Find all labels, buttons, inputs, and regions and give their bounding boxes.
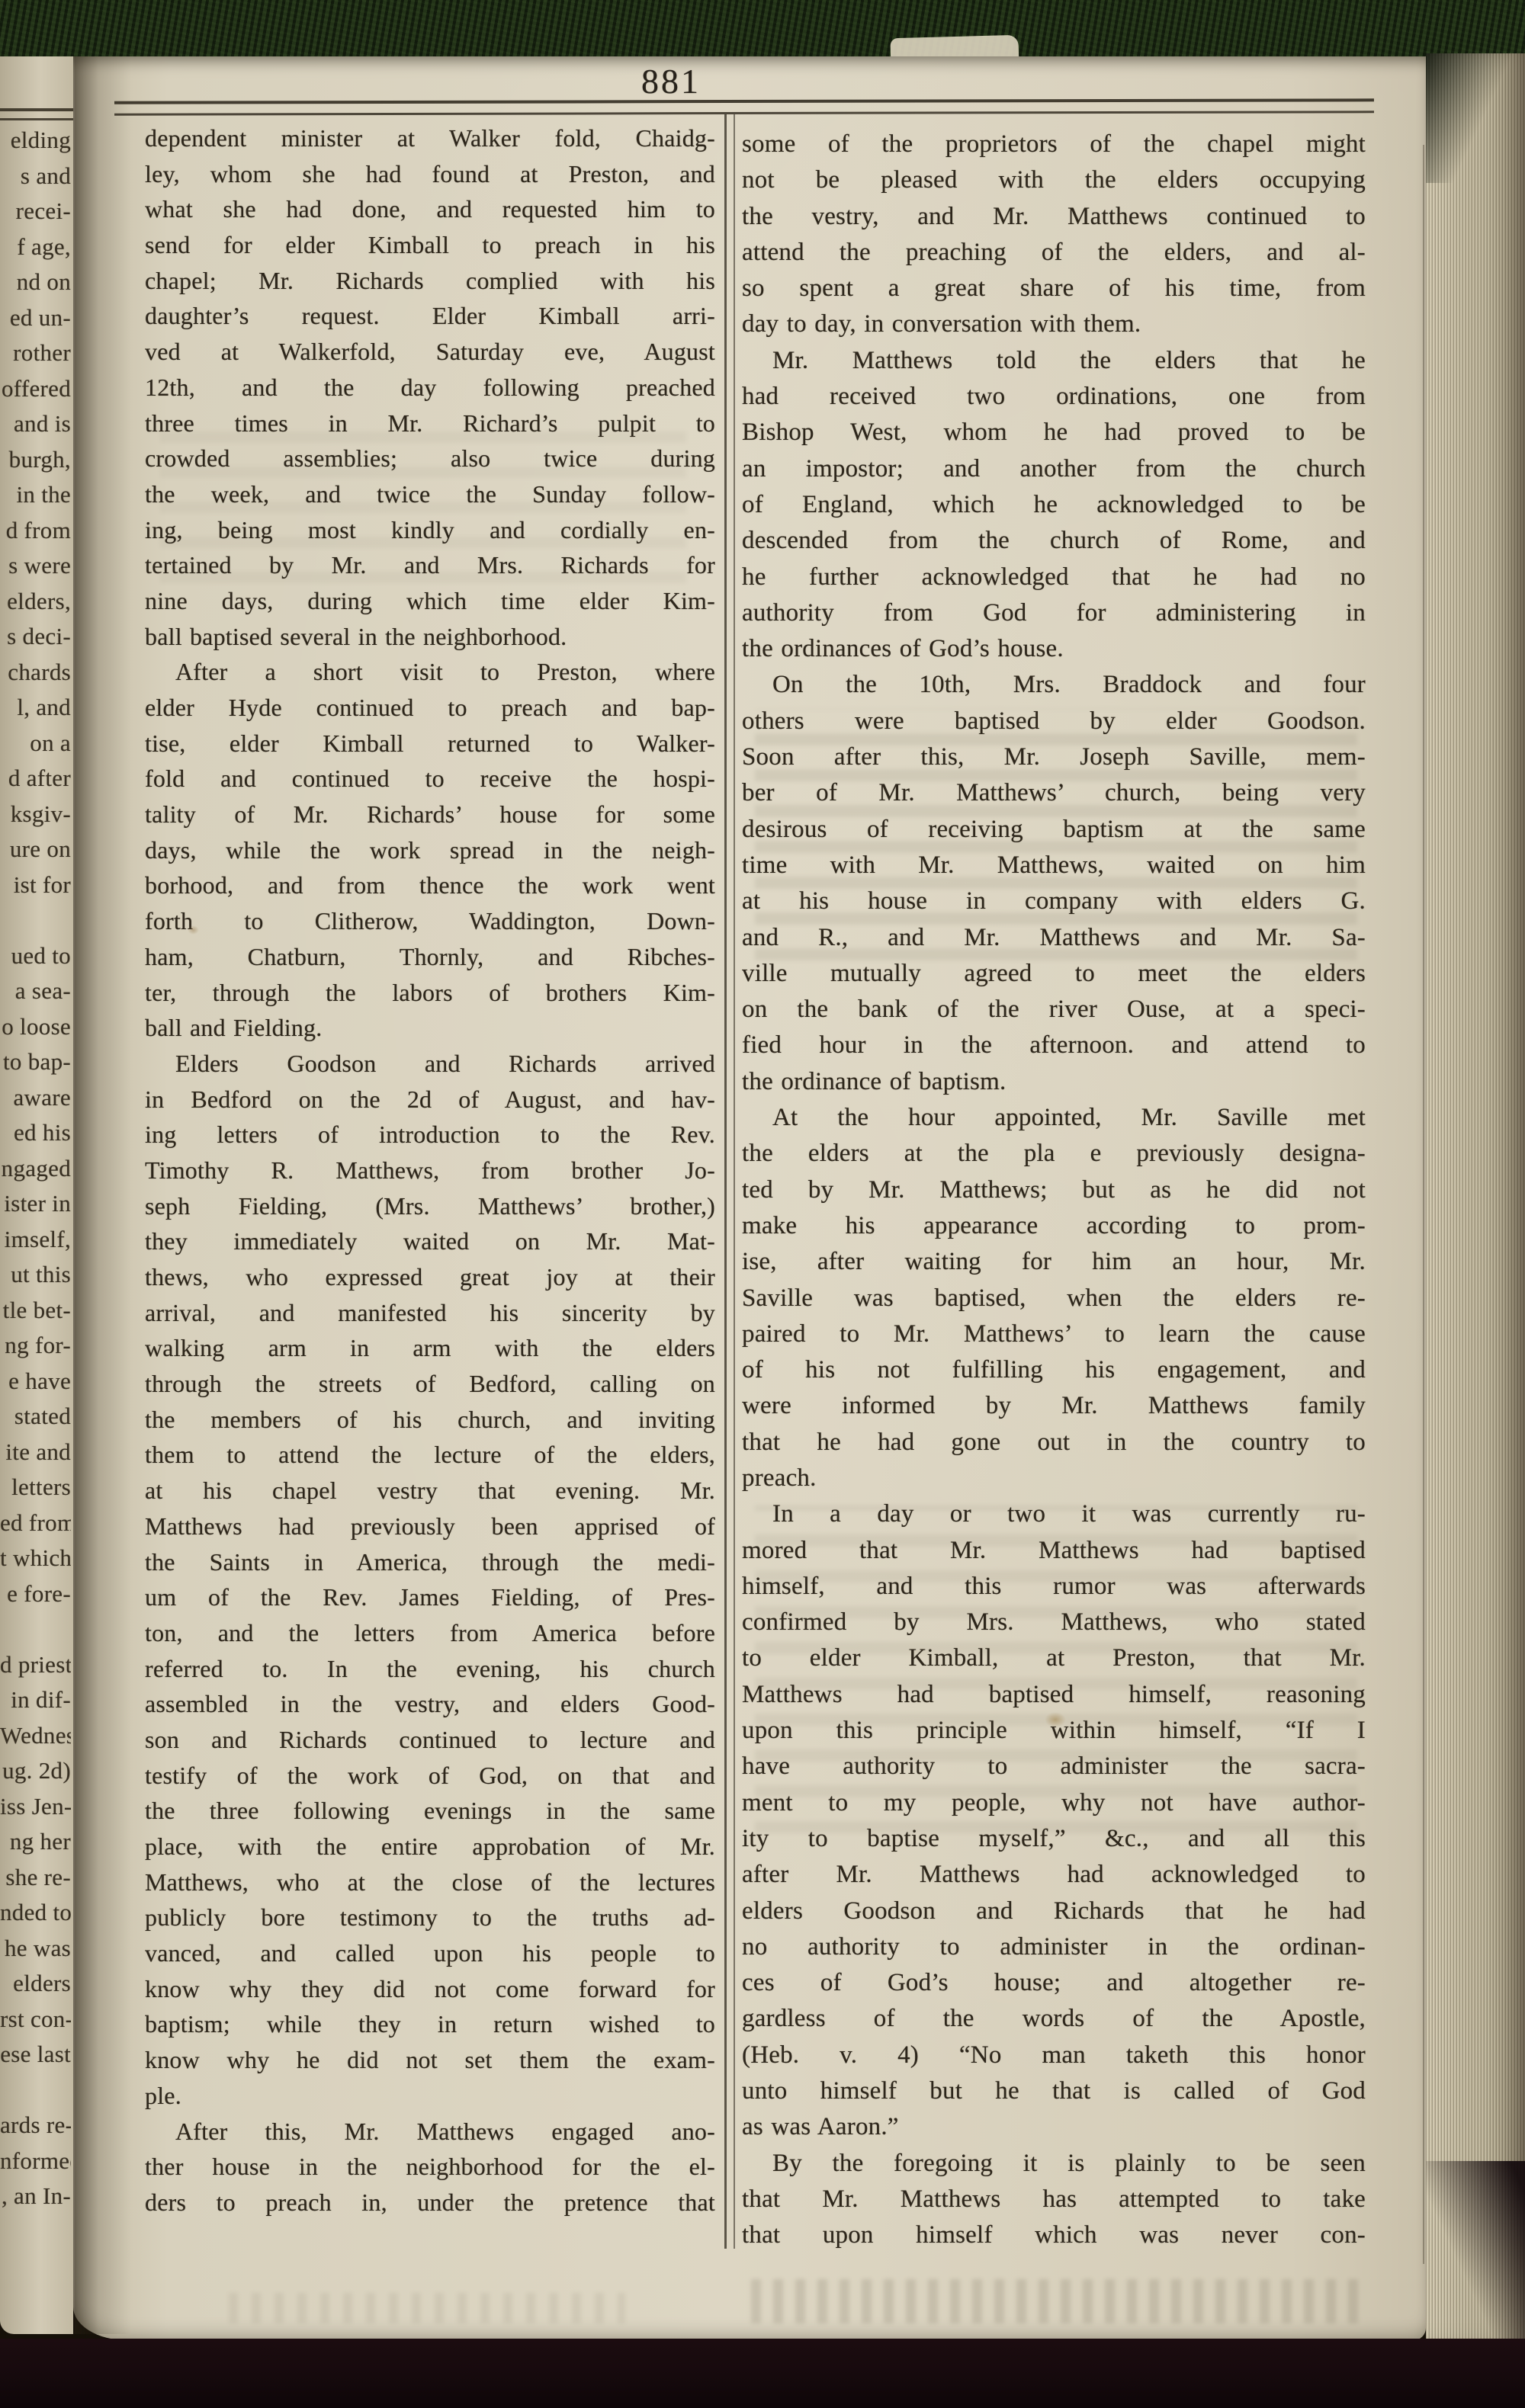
left-page-fragment: a sea- xyxy=(0,973,71,1009)
text-line: (Heb. v. 4) “No man taketh this honor xyxy=(742,2038,1366,2073)
left-page-fragment: ed his xyxy=(0,1115,71,1151)
text-line: Elders Goodson and Richards arrived xyxy=(145,1046,715,1082)
text-line: of England, which he acknowledged to be xyxy=(742,487,1366,523)
text-line: Timothy R. Matthews, from brother Jo- xyxy=(145,1153,715,1188)
text-line: ted by Mr. Matthews; but as he did not xyxy=(742,1172,1366,1208)
text-line: ces of God’s house; and altogether re- xyxy=(742,1965,1366,2001)
text-line: tality of Mr. Richards’ house for some xyxy=(145,797,715,832)
text-line: At the hour appointed, Mr. Saville met xyxy=(742,1100,1366,1136)
left-page-fragment: burgh, xyxy=(0,442,71,478)
text-line: ter, through the labors of brothers Kim- xyxy=(145,975,715,1011)
text-line: forth to Clitherow, Waddington, Down- xyxy=(145,903,715,939)
text-line: Bishop West, whom he had proved to be xyxy=(742,415,1366,450)
text-line: ved at Walkerfold, Saturday eve, August xyxy=(145,334,715,370)
text-line: the vestry, and Mr. Matthews continued t… xyxy=(742,199,1366,235)
text-line: the ordinance of baptism. xyxy=(742,1064,1366,1100)
column-divider-line xyxy=(734,114,735,2249)
left-page-fragment: chards xyxy=(0,655,71,691)
text-line: after Mr. Matthews had acknowledged to xyxy=(742,1857,1366,1893)
left-page-fragment: o loose xyxy=(0,1009,71,1045)
left-page-fragment: nformed xyxy=(0,2143,71,2179)
page-edge-crease xyxy=(1423,145,1424,2264)
left-page-fragment: elding xyxy=(0,123,71,159)
text-line: fied hour in the afternoon. and attend t… xyxy=(742,1028,1366,1063)
book-scan-photo: eldings andrecei-f age,nd oned un-rother… xyxy=(0,0,1525,2408)
text-line: mored that Mr. Matthews had baptised xyxy=(742,1533,1366,1569)
text-line: to elder Kimball, at Preston, that Mr. xyxy=(742,1640,1366,1676)
text-line: ity to baptise myself,” &c., and all thi… xyxy=(742,1821,1366,1857)
text-line: Matthews had baptised himself, reasoning xyxy=(742,1677,1366,1713)
left-page-fragment: ued to xyxy=(0,938,71,974)
text-line: what she had done, and requested him to xyxy=(145,191,715,227)
text-line: no authority to administer in the ordina… xyxy=(742,1929,1366,1965)
text-line: nine days, during which time elder Kim- xyxy=(145,583,715,619)
left-page-fragment: ese last xyxy=(0,2037,71,2073)
text-line: himself, and this rumor was afterwards xyxy=(742,1569,1366,1605)
left-page-fragment: nd on xyxy=(0,265,71,300)
book-cover-top-band xyxy=(0,0,1525,61)
text-line: borhood, and from thence the work went xyxy=(145,867,715,903)
left-page-fragment: stated xyxy=(0,1399,71,1435)
text-line: elders Goodson and Richards that he had xyxy=(742,1893,1366,1929)
fore-edge-page-stack xyxy=(1426,53,1525,2344)
text-line: dependent minister at Walker fold, Chaid… xyxy=(145,120,715,156)
left-page-fragment: in the xyxy=(0,477,71,513)
left-page-fragment: recei- xyxy=(0,194,71,229)
left-page-fragment: t which xyxy=(0,1541,71,1576)
text-line: that he had gone out in the country to xyxy=(742,1425,1366,1461)
left-page-fragment: s deci- xyxy=(0,619,71,655)
page-number: 881 xyxy=(587,61,755,101)
text-line: them to attend the lecture of the elders… xyxy=(145,1437,715,1473)
text-line: send for elder Kimball to preach in his xyxy=(145,227,715,263)
left-page-fragment: ngaged xyxy=(0,1151,71,1187)
left-page-fragment: ite and xyxy=(0,1435,71,1470)
text-line: walking arm in arm with the elders xyxy=(145,1330,715,1366)
text-line: seph Fielding, (Mrs. Matthews’ brother,) xyxy=(145,1188,715,1224)
text-line: assembled in the vestry, and elders Good… xyxy=(145,1686,715,1722)
text-line: ders to preach in, under the pretence th… xyxy=(145,2185,715,2220)
left-page-fragment: d priest xyxy=(0,1647,71,1683)
text-line: attend the preaching of the elders, and … xyxy=(742,235,1366,271)
text-line: confirmed by Mrs. Matthews, who stated xyxy=(742,1605,1366,1640)
text-line: descended from the church of Rome, and xyxy=(742,523,1366,559)
text-line: publicly bore testimony to the truths ad… xyxy=(145,1900,715,1935)
left-page-fragment xyxy=(0,1611,71,1647)
text-line: ther house in the neighborhood for the e… xyxy=(145,2149,715,2185)
text-line: at his house in company with elders G. xyxy=(742,883,1366,919)
left-page-fragment: e have xyxy=(0,1364,71,1400)
left-page-fragment: nded to xyxy=(0,1895,71,1931)
text-line: crowded assemblies; also twice during xyxy=(145,441,715,476)
left-page-fragment: she re- xyxy=(0,1860,71,1896)
text-line: chapel; Mr. Richards complied with his xyxy=(145,263,715,299)
left-page-fragment: iss Jen- xyxy=(0,1789,71,1825)
text-line: of his not fulfilling his engagement, an… xyxy=(742,1352,1366,1388)
text-line: Saville was baptised, when the elders re… xyxy=(742,1281,1366,1316)
text-line: testify of the work of God, on that and xyxy=(145,1758,715,1794)
text-line: thews, who expressed great joy at their xyxy=(145,1259,715,1295)
text-line: son and Richards continued to lecture an… xyxy=(145,1722,715,1758)
left-page-fragment: e fore- xyxy=(0,1576,71,1612)
text-line: the week, and twice the Sunday follow- xyxy=(145,476,715,512)
left-page-fragment: and is xyxy=(0,406,71,442)
text-line: By the foregoing it is plainly to be see… xyxy=(742,2146,1366,2182)
left-page-fragment: d from xyxy=(0,513,71,549)
text-line: ham, Chatburn, Thornly, and Ribches- xyxy=(145,939,715,975)
text-line: preach. xyxy=(742,1461,1366,1496)
left-page-fragment: ed un- xyxy=(0,300,71,336)
left-page-fragment: he was xyxy=(0,1931,71,1967)
left-page-fragment: ards re- xyxy=(0,2108,71,2143)
text-line: After a short visit to Preston, where xyxy=(145,654,715,690)
left-page-fragment: s and xyxy=(0,159,71,194)
text-line: ple. xyxy=(145,2078,715,2114)
left-page-fragment: aware xyxy=(0,1080,71,1116)
text-line: the elders at the pla e previously desig… xyxy=(742,1136,1366,1172)
text-line: and R., and Mr. Matthews and Mr. Sa- xyxy=(742,920,1366,956)
text-line: they immediately waited on Mr. Mat- xyxy=(145,1223,715,1259)
text-line: days, while the work spread in the neigh… xyxy=(145,832,715,868)
text-line: make his appearance according to prom- xyxy=(742,1208,1366,1244)
text-line: desirous of receiving baptism at the sam… xyxy=(742,812,1366,848)
text-line: as was Aaron.” xyxy=(742,2109,1366,2145)
text-line: um of the Rev. James Fielding, of Pres- xyxy=(145,1579,715,1615)
right-text-column: some of the proprietors of the chapel mi… xyxy=(742,127,1366,2254)
text-line: ing, being most kindly and cordially en- xyxy=(145,512,715,548)
left-page-fragment: rother xyxy=(0,335,71,371)
text-line: ley, whom she had found at Preston, and xyxy=(145,156,715,192)
text-line: ville mutually agreed to meet the elders xyxy=(742,956,1366,992)
text-line: in Bedford on the 2d of August, and hav- xyxy=(145,1082,715,1117)
left-page-fragment: letters xyxy=(0,1470,71,1505)
column-divider-line xyxy=(724,114,727,2249)
text-line: tise, elder Kimball returned to Walker- xyxy=(145,726,715,762)
text-line: 12th, and the day following preached xyxy=(145,370,715,406)
left-page-fragment: , an In- xyxy=(0,2179,71,2214)
text-line: authority from God for administering in xyxy=(742,595,1366,631)
left-page-fragment: ister in xyxy=(0,1186,71,1222)
text-line: ball baptised several in the neighborhoo… xyxy=(145,619,715,655)
text-line: have authority to administer the sacra- xyxy=(742,1749,1366,1784)
left-page-fragment: elders xyxy=(0,1966,71,2002)
facing-page-edge: eldings andrecei-f age,nd oned un-rother… xyxy=(0,56,73,2334)
bottom-dark-band xyxy=(0,2339,1525,2408)
text-line: time with Mr. Matthews, waited on him xyxy=(742,848,1366,883)
text-line: gardless of the words of the Apostle, xyxy=(742,2001,1366,2037)
text-line: day to day, in conversation with them. xyxy=(742,306,1366,342)
left-page-fragment: on a xyxy=(0,726,71,762)
text-line: arrival, and manifested his sincerity by xyxy=(145,1295,715,1331)
left-page-fragment: ure on xyxy=(0,832,71,867)
left-page-fragment: ug. 2d) xyxy=(0,1753,71,1789)
left-page-fragment: rst con- xyxy=(0,2002,71,2038)
text-line: unto himself but he that is called of Go… xyxy=(742,2073,1366,2109)
left-page-fragment: offered xyxy=(0,371,71,407)
text-line: vanced, and called upon his people to xyxy=(145,1935,715,1971)
left-page-fragment: ng her xyxy=(0,1824,71,1860)
left-page-fragment: ed from xyxy=(0,1505,71,1541)
text-line: on the bank of the river Ouse, at a spec… xyxy=(742,992,1366,1028)
text-line: ton, and the letters from America before xyxy=(145,1615,715,1651)
left-page-fragment: f age, xyxy=(0,229,71,265)
left-page-fragment: l, and xyxy=(0,690,71,726)
left-page-fragment: to bap- xyxy=(0,1044,71,1080)
left-page-fragment: imself, xyxy=(0,1222,71,1258)
text-line: upon this principle within himself, “If … xyxy=(742,1713,1366,1749)
text-line: Soon after this, Mr. Joseph Saville, mem… xyxy=(742,739,1366,775)
text-line: an impostor; and another from the church xyxy=(742,451,1366,487)
text-line: not be pleased with the elders occupying xyxy=(742,162,1366,198)
text-line: the Saints in America, through the medi- xyxy=(145,1544,715,1580)
text-line: he further acknowledged that he had no xyxy=(742,560,1366,595)
facing-page-text-fragments: eldings andrecei-f age,nd oned un-rother… xyxy=(0,123,71,2214)
text-line: ing letters of introduction to the Rev. xyxy=(145,1117,715,1153)
left-page-fragment: in dif- xyxy=(0,1682,71,1718)
left-page-fragment xyxy=(0,2073,71,2108)
text-line: Matthews, who at the close of the lectur… xyxy=(145,1865,715,1900)
text-line: elder Hyde continued to preach and bap- xyxy=(145,690,715,726)
left-page-fragment: elders, xyxy=(0,584,71,620)
text-line: know why they did not come forward for xyxy=(145,1971,715,2007)
text-line: three times in Mr. Richard’s pulpit to xyxy=(145,406,715,441)
left-text-column: dependent minister at Walker fold, Chaid… xyxy=(145,120,715,2220)
text-line: ment to my people, why not have author- xyxy=(742,1785,1366,1821)
text-line: ber of Mr. Matthews’ church, being very xyxy=(742,775,1366,811)
text-line: had received two ordinations, one from xyxy=(742,379,1366,415)
text-line: After this, Mr. Matthews engaged ano- xyxy=(145,2114,715,2150)
text-line: Mr. Matthews told the elders that he xyxy=(742,343,1366,379)
text-line: others were baptised by elder Goodson. xyxy=(742,704,1366,739)
text-line: some of the proprietors of the chapel mi… xyxy=(742,127,1366,162)
text-line: the members of his church, and inviting xyxy=(145,1402,715,1438)
text-line: that Mr. Matthews has attempted to take xyxy=(742,2182,1366,2217)
text-line: place, with the entire approbation of Mr… xyxy=(145,1829,715,1865)
text-line: through the streets of Bedford, calling … xyxy=(145,1366,715,1402)
left-page-fragment: ut this xyxy=(0,1257,71,1293)
left-page-fragment: d after xyxy=(0,761,71,797)
text-line: that upon himself which was never con- xyxy=(742,2217,1366,2253)
text-line: the ordinances of God’s house. xyxy=(742,631,1366,667)
left-page-fragment: ksgiv- xyxy=(0,797,71,832)
left-page-fragment: s were xyxy=(0,548,71,584)
header-double-rule xyxy=(114,98,1374,115)
text-line: Matthews had previously been apprised of xyxy=(145,1509,715,1544)
text-line: were informed by Mr. Matthews family xyxy=(742,1388,1366,1424)
left-page-fragment xyxy=(0,903,71,938)
text-line: On the 10th, Mrs. Braddock and four xyxy=(742,667,1366,703)
text-line: In a day or two it was currently ru- xyxy=(742,1496,1366,1532)
text-line: the three following evenings in the same xyxy=(145,1793,715,1829)
text-line: tertained by Mr. and Mrs. Richards for xyxy=(145,547,715,583)
text-line: so spent a great share of his time, from xyxy=(742,271,1366,306)
text-line: daughter’s request. Elder Kimball arri- xyxy=(145,298,715,334)
text-line: at his chapel vestry that evening. Mr. xyxy=(145,1473,715,1509)
left-page-fragment: ng for- xyxy=(0,1328,71,1364)
text-line: know why he did not set them the exam- xyxy=(145,2042,715,2078)
text-line: baptism; while they in return wished to xyxy=(145,2006,715,2042)
text-line: fold and continued to receive the hospi- xyxy=(145,761,715,797)
left-page-fragment: tle bet- xyxy=(0,1293,71,1329)
text-line: paired to Mr. Matthews’ to learn the cau… xyxy=(742,1316,1366,1352)
text-line: ball and Fielding. xyxy=(145,1010,715,1046)
left-page-fragment: ist for xyxy=(0,867,71,903)
facing-page-header-rule xyxy=(0,108,73,120)
text-line: ise, after waiting for him an hour, Mr. xyxy=(742,1244,1366,1280)
text-line: referred to. In the evening, his church xyxy=(145,1651,715,1687)
left-page-fragment: Wednes- xyxy=(0,1718,71,1754)
